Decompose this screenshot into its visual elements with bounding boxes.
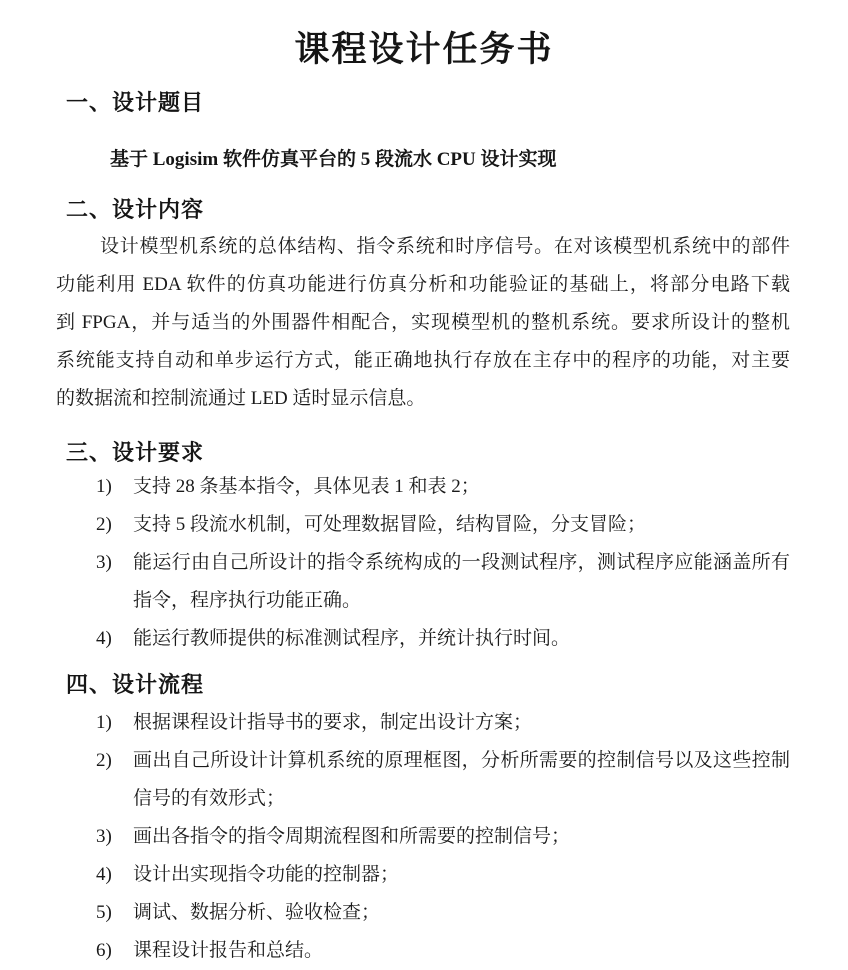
- list-item: 3) 能运行由自己所设计的指令系统构成的一段测试程序，测试程序应能涵盖所有 指令…: [56, 544, 790, 620]
- item-number: 5): [96, 894, 133, 932]
- design-topic-text: 基于 Logisim 软件仿真平台的 5 段流水 CPU 设计实现: [110, 144, 557, 171]
- list-item: 4) 能运行教师提供的标准测试程序，并统计执行时间。: [56, 620, 790, 658]
- item-text-line: 调试、数据分析、验收检查；: [133, 894, 790, 932]
- paragraph-line: 到 FPGA，并与适当的外围器件相配合，实现模型机的整机系统。要求所设计的整机: [56, 304, 790, 342]
- item-text-line: 能运行教师提供的标准测试程序，并统计执行时间。: [133, 620, 790, 658]
- design-content-paragraph: 设计模型机系统的总体结构、指令系统和时序信号。在对该模型机系统中的部件 功能利用…: [56, 228, 790, 418]
- item-number: 4): [96, 856, 133, 894]
- item-text-line: 设计出实现指令功能的控制器；: [133, 856, 790, 894]
- item-text-line: 能运行由自己所设计的指令系统构成的一段测试程序，测试程序应能涵盖所有: [133, 544, 790, 582]
- list-item: 4) 设计出实现指令功能的控制器；: [56, 856, 790, 894]
- list-item: 1) 支持 28 条基本指令，具体见表 1 和表 2；: [56, 468, 790, 506]
- item-number: 6): [96, 932, 133, 970]
- item-number: 2): [96, 742, 133, 780]
- item-text-line: 画出各指令的指令周期流程图和所需要的控制信号；: [133, 818, 790, 856]
- design-process-list: 1) 根据课程设计指导书的要求，制定出设计方案； 2) 画出自己所设计计算机系统…: [56, 704, 790, 970]
- item-text-line: 根据课程设计指导书的要求，制定出设计方案；: [133, 704, 790, 742]
- list-item: 2) 支持 5 段流水机制，可处理数据冒险，结构冒险，分支冒险；: [56, 506, 790, 544]
- section-heading-design-requirements: 三、设计要求: [66, 436, 204, 467]
- section-heading-design-topic: 一、设计题目: [66, 86, 204, 117]
- item-text-line: 指令，程序执行功能正确。: [133, 582, 790, 620]
- list-item: 1) 根据课程设计指导书的要求，制定出设计方案；: [56, 704, 790, 742]
- item-text-line: 支持 5 段流水机制，可处理数据冒险，结构冒险，分支冒险；: [133, 506, 790, 544]
- item-text-line: 信号的有效形式；: [133, 780, 790, 818]
- list-item: 5) 调试、数据分析、验收检查；: [56, 894, 790, 932]
- list-item: 2) 画出自己所设计计算机系统的原理框图，分析所需要的控制信号以及这些控制 信号…: [56, 742, 790, 818]
- paragraph-line: 设计模型机系统的总体结构、指令系统和时序信号。在对该模型机系统中的部件: [56, 228, 790, 266]
- list-item: 6) 课程设计报告和总结。: [56, 932, 790, 970]
- item-number: 3): [96, 544, 133, 582]
- paragraph-line: 的数据流和控制流通过 LED 适时显示信息。: [56, 380, 790, 418]
- item-text-line: 画出自己所设计计算机系统的原理框图，分析所需要的控制信号以及这些控制: [133, 742, 790, 780]
- item-number: 1): [96, 704, 133, 742]
- list-item: 3) 画出各指令的指令周期流程图和所需要的控制信号；: [56, 818, 790, 856]
- paragraph-line: 功能利用 EDA 软件的仿真功能进行仿真分析和功能验证的基础上，将部分电路下载: [56, 266, 790, 304]
- document-page: 课程设计任务书 一、设计题目 基于 Logisim 软件仿真平台的 5 段流水 …: [0, 0, 848, 970]
- document-title: 课程设计任务书: [0, 22, 848, 72]
- section-heading-design-content: 二、设计内容: [66, 193, 204, 224]
- section-heading-design-process: 四、设计流程: [66, 668, 204, 699]
- item-number: 2): [96, 506, 133, 544]
- design-requirements-list: 1) 支持 28 条基本指令，具体见表 1 和表 2； 2) 支持 5 段流水机…: [56, 468, 790, 658]
- item-text-line: 课程设计报告和总结。: [133, 932, 790, 970]
- item-text-line: 支持 28 条基本指令，具体见表 1 和表 2；: [133, 468, 790, 506]
- item-number: 1): [96, 468, 133, 506]
- item-number: 4): [96, 620, 133, 658]
- item-number: 3): [96, 818, 133, 856]
- paragraph-line: 系统能支持自动和单步运行方式，能正确地执行存放在主存中的程序的功能，对主要: [56, 342, 790, 380]
